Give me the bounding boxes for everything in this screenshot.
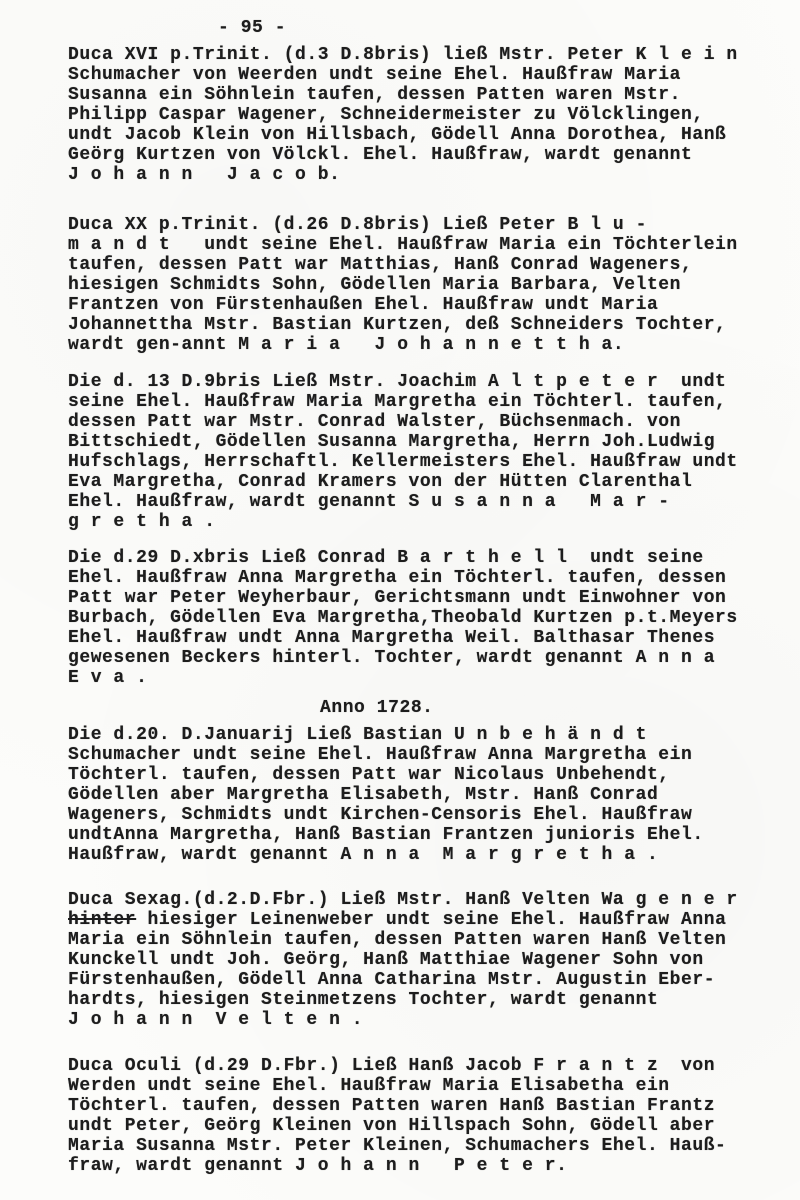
text-line: hardts, hiesigen Steinmetzens Tochter, w… <box>68 990 800 1010</box>
page-number: - 95 - <box>218 18 800 38</box>
register-entry-paragraph: Duca Sexag.(d.2.D.Fbr.) Ließ Mstr. Hanß … <box>68 890 800 1030</box>
text-line: Philipp Caspar Wagener, Schneidermeister… <box>68 105 800 125</box>
text-line: Duca Sexag.(d.2.D.Fbr.) Ließ Mstr. Hanß … <box>68 890 800 910</box>
register-entry-paragraph: Duca Oculi (d.29 D.Fbr.) Ließ Hanß Jacob… <box>68 1056 800 1176</box>
text-line: Gödellen aber Margretha Elisabeth, Mstr.… <box>68 785 800 805</box>
text-line: Töchterl. taufen, dessen Patt war Nicola… <box>68 765 800 785</box>
text-line: gewesenen Beckers hinterl. Tochter, ward… <box>68 648 800 668</box>
text-line: J o h a n n J a c o b. <box>68 165 800 185</box>
text-line: g r e t h a . <box>68 512 800 532</box>
text-line: hiesigen Schmidts Sohn, Gödellen Maria B… <box>68 275 800 295</box>
text-line: Kunckell undt Joh. Geörg, Hanß Matthiae … <box>68 950 800 970</box>
strikethrough-word: hinter <box>68 910 136 930</box>
text-line: seine Ehel. Haußfraw Maria Margretha ein… <box>68 392 800 412</box>
text-line: J o h a n n V e l t e n . <box>68 1010 800 1030</box>
text-line: Schumacher undt seine Ehel. Haußfraw Ann… <box>68 745 800 765</box>
text-line: undt Jacob Klein von Hillsbach, Gödell A… <box>68 125 800 145</box>
text-line: Ehel. Haußfraw Anna Margretha ein Töchte… <box>68 568 800 588</box>
text-line: Frantzen von Fürstenhaußen Ehel. Haußfra… <box>68 295 800 315</box>
text-line: Duca Oculi (d.29 D.Fbr.) Ließ Hanß Jacob… <box>68 1056 800 1076</box>
document-body: Duca XVI p.Trinit. (d.3 D.8bris) ließ Ms… <box>68 45 800 1176</box>
text-line: Anno 1728. <box>320 698 800 718</box>
register-entry-paragraph: Die d. 13 D.9bris Ließ Mstr. Joachim A l… <box>68 372 800 532</box>
text-line: Duca XX p.Trinit. (d.26 D.8bris) Ließ Pe… <box>68 215 800 235</box>
scanned-document-page: - 95 - Duca XVI p.Trinit. (d.3 D.8bris) … <box>0 0 800 1200</box>
text-line: Die d. 13 D.9bris Ließ Mstr. Joachim A l… <box>68 372 800 392</box>
text-line: taufen, dessen Patt war Matthias, Hanß C… <box>68 255 800 275</box>
text-line: Die d.20. D.Januarij Ließ Bastian U n b … <box>68 725 800 745</box>
text-line: Johannettha Mstr. Bastian Kurtzen, deß S… <box>68 315 800 335</box>
text-line: wardt gen-annt M a r i a J o h a n n e t… <box>68 335 800 355</box>
text-line: Susanna ein Söhnlein taufen, dessen Patt… <box>68 85 800 105</box>
text-line: Wageners, Schmidts undt Kirchen-Censoris… <box>68 805 800 825</box>
text-line: Werden undt seine Ehel. Haußfraw Maria E… <box>68 1076 800 1096</box>
text-line: hinter hiesiger Leinenweber undt seine E… <box>68 910 800 930</box>
text-line: Die d.29 D.xbris Ließ Conrad B a r t h e… <box>68 548 800 568</box>
anno-heading: Anno 1728. <box>320 698 800 718</box>
text-line: Geörg Kurtzen von Völckl. Ehel. Haußfraw… <box>68 145 800 165</box>
register-entry-paragraph: Die d.20. D.Januarij Ließ Bastian U n b … <box>68 725 800 865</box>
register-entry-paragraph: Duca XVI p.Trinit. (d.3 D.8bris) ließ Ms… <box>68 45 800 185</box>
text-line: E v a . <box>68 668 800 688</box>
text-line: Ehel. Haußfraw undt Anna Margretha Weil.… <box>68 628 800 648</box>
text-line: Hufschlags, Herrschaftl. Kellermeisters … <box>68 452 800 472</box>
text-line: Schumacher von Weerden undt seine Ehel. … <box>68 65 800 85</box>
text-line: Maria ein Söhnlein taufen, dessen Patten… <box>68 930 800 950</box>
register-entry-paragraph: Duca XX p.Trinit. (d.26 D.8bris) Ließ Pe… <box>68 215 800 355</box>
text-line: undt Peter, Geörg Kleinen von Hillspach … <box>68 1116 800 1136</box>
text-line: Fürstenhaußen, Gödell Anna Catharina Mst… <box>68 970 800 990</box>
text-line: Eva Margretha, Conrad Kramers von der Hü… <box>68 472 800 492</box>
text-line: fraw, wardt genannt J o h a n n P e t e … <box>68 1156 800 1176</box>
text-line: undtAnna Margretha, Hanß Bastian Frantze… <box>68 825 800 845</box>
text-line: Haußfraw, wardt genannt A n n a M a r g … <box>68 845 800 865</box>
text-line: dessen Patt war Mstr. Conrad Walster, Bü… <box>68 412 800 432</box>
text-line: Duca XVI p.Trinit. (d.3 D.8bris) ließ Ms… <box>68 45 800 65</box>
text-line: Burbach, Gödellen Eva Margretha,Theobald… <box>68 608 800 628</box>
text-line: Patt war Peter Weyherbaur, Gerichtsmann … <box>68 588 800 608</box>
text-line: Bittschiedt, Gödellen Susanna Margretha,… <box>68 432 800 452</box>
text-line: m a n d t undt seine Ehel. Haußfraw Mari… <box>68 235 800 255</box>
text-line: Ehel. Haußfraw, wardt genannt S u s a n … <box>68 492 800 512</box>
register-entry-paragraph: Die d.29 D.xbris Ließ Conrad B a r t h e… <box>68 548 800 688</box>
text-line: Maria Susanna Mstr. Peter Kleinen, Schum… <box>68 1136 800 1156</box>
text-line: Töchterl. taufen, dessen Patten waren Ha… <box>68 1096 800 1116</box>
